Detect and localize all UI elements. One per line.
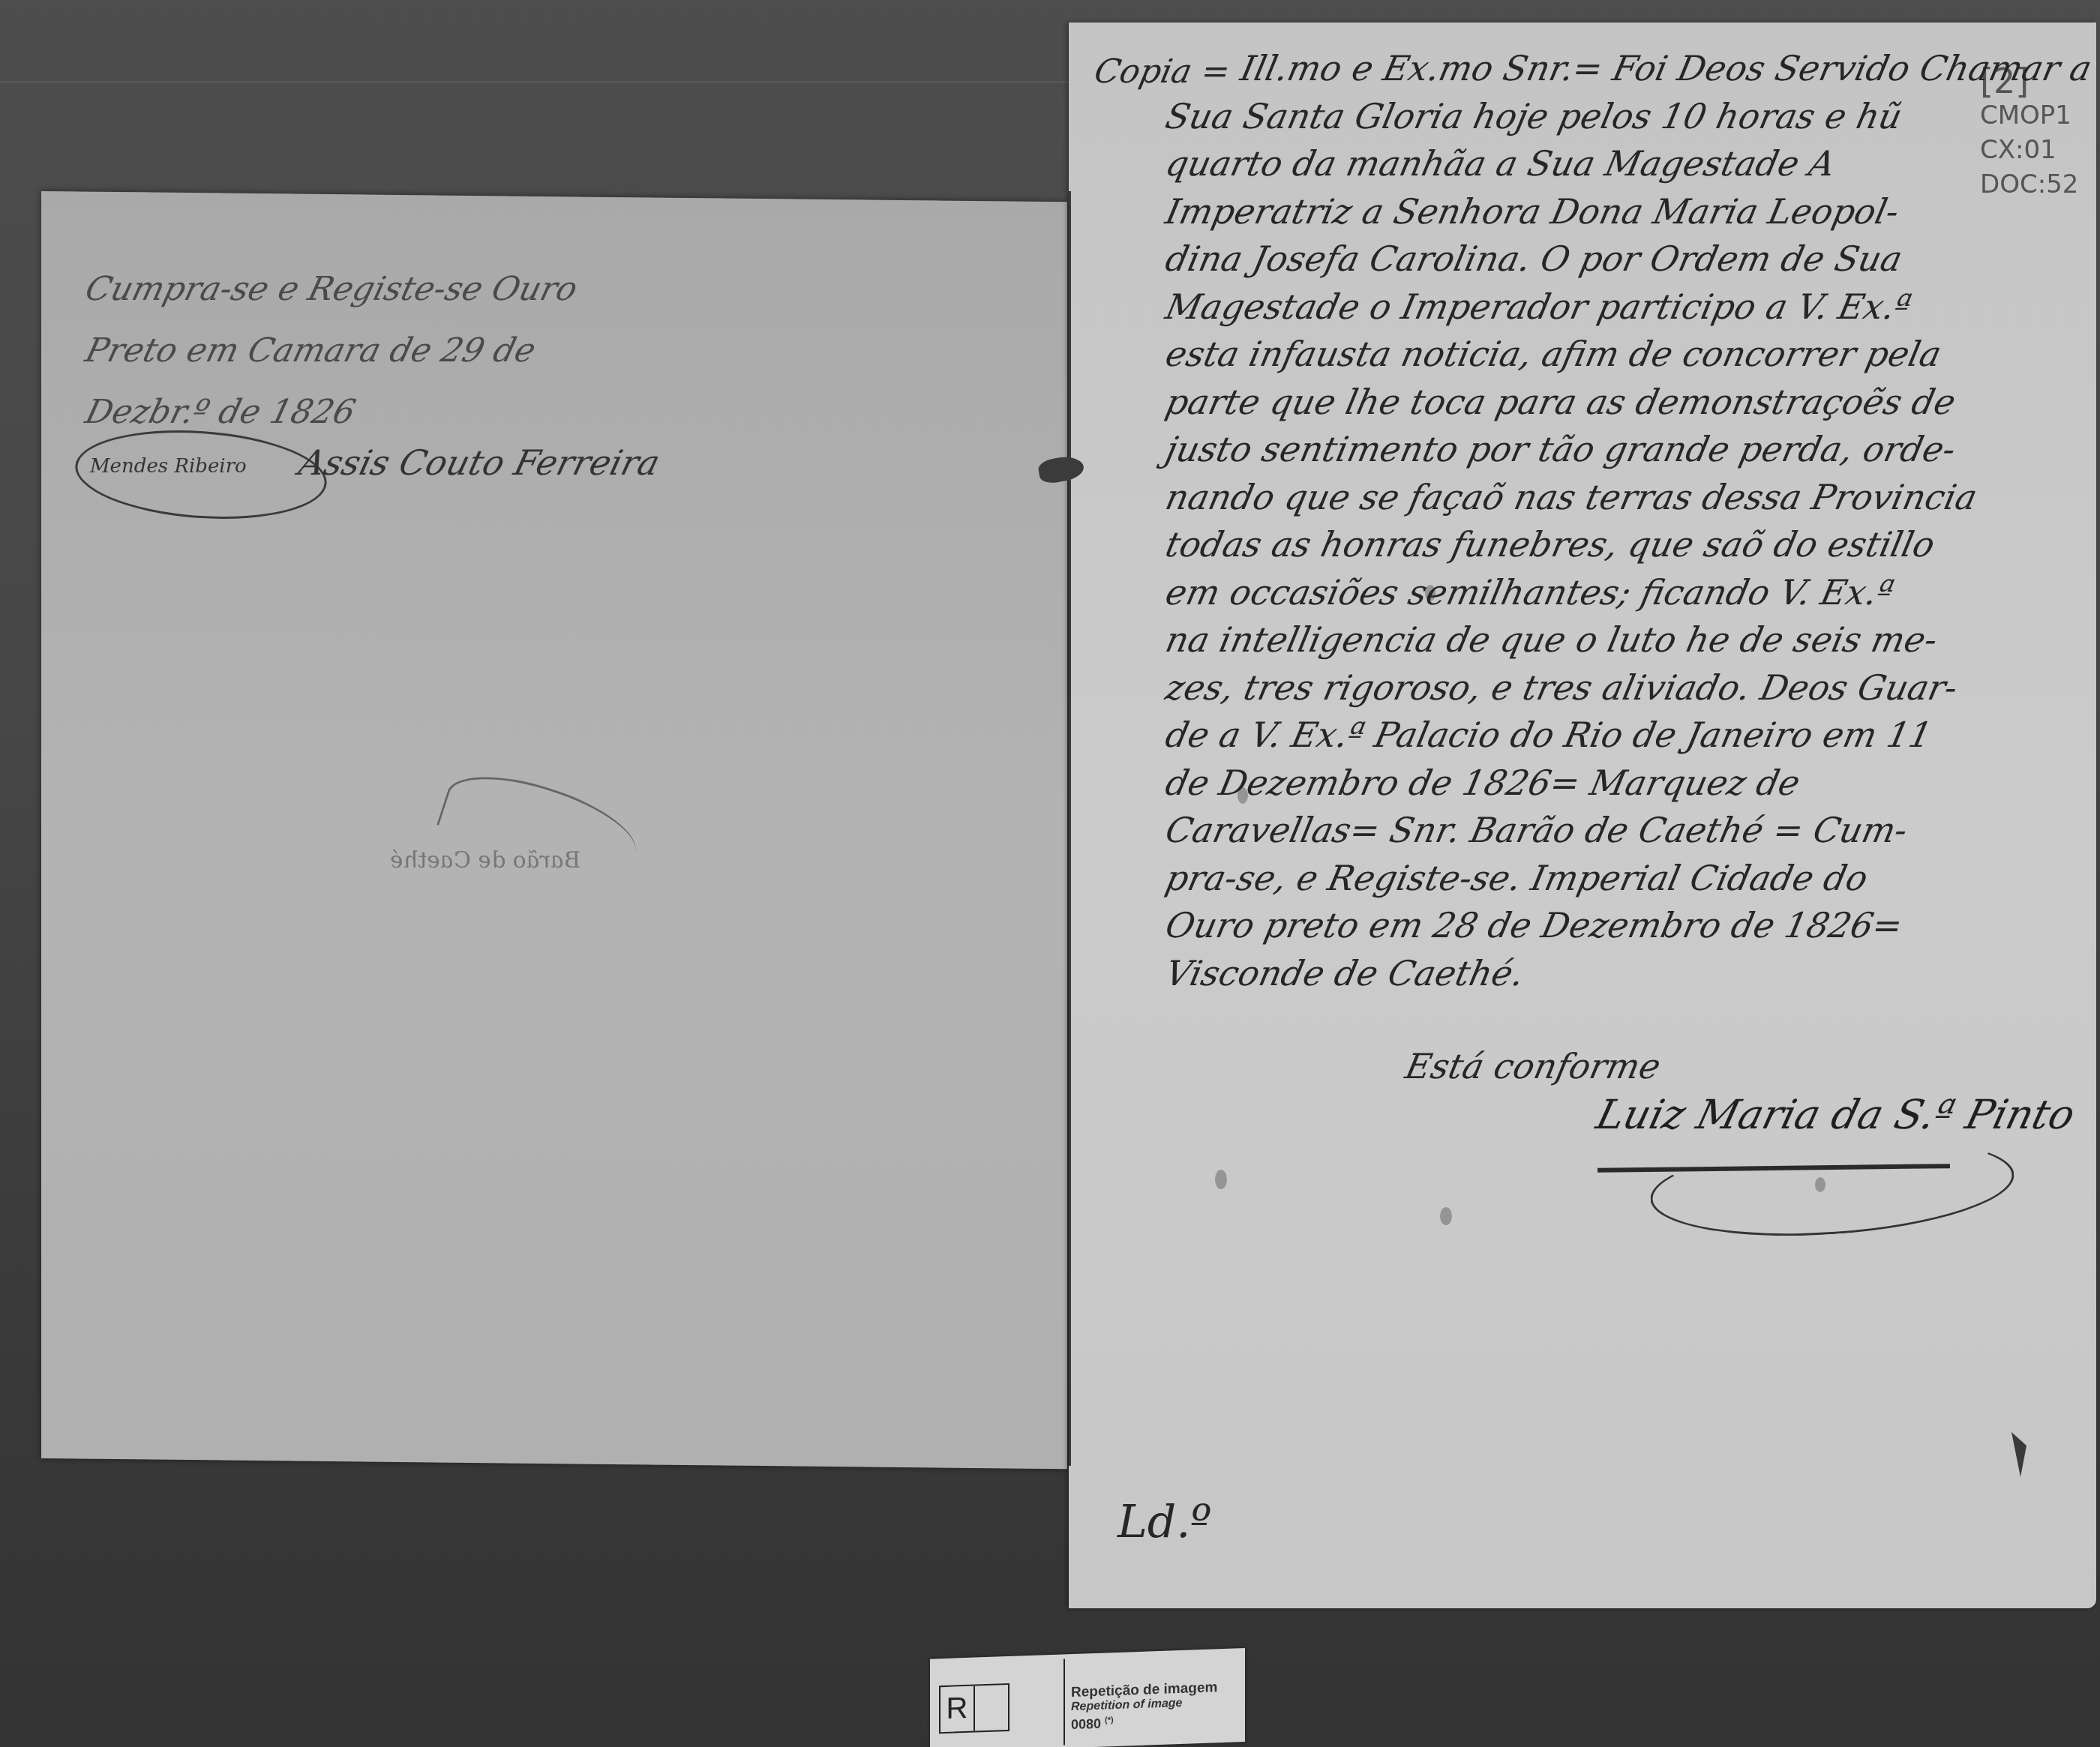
foxing-spot	[1440, 1207, 1452, 1225]
repetition-note-mark: (*)	[1105, 1716, 1114, 1725]
letter-line: Visconde de Caethé.	[1161, 950, 2026, 998]
letter-line: na intelligencia de que o luto he de sei…	[1161, 616, 2026, 664]
foxing-spot	[1215, 1170, 1227, 1189]
letter-line: Magestade o Imperador participo a V. Ex.…	[1161, 283, 2026, 331]
letter-line: dina Josefa Carolina. O por Ordem de Sua	[1161, 235, 2026, 283]
certification-text: Está conforme	[1402, 1046, 1664, 1086]
letter-line: Ill.mo e Ex.mo Snr.= Foi Deos Servido Ch…	[1161, 45, 2026, 93]
letter-line: Ouro preto em 28 de Dezembro de 1826=	[1161, 902, 2026, 950]
letter-line: pra-se, e Registe-se. Imperial Cidade do	[1161, 855, 2026, 903]
letter-line: de Dezembro de 1826= Marquez de	[1161, 760, 2026, 808]
registry-mark: Ld.º	[1117, 1496, 1212, 1548]
letter-line: todas as honras funebres, que saõ do est…	[1161, 521, 2026, 569]
letter-line: justo sentimento por tão grande perda, o…	[1161, 426, 2026, 474]
repetition-text: Repetição de imagem Repetition of image …	[1071, 1680, 1217, 1732]
label-divider	[1063, 1659, 1065, 1745]
repetition-number: 0080	[1071, 1716, 1101, 1732]
letter-line: parte que lhe toca para as demonstraçoẽs…	[1161, 379, 2026, 427]
film-scratch-line	[0, 81, 1125, 83]
oval-signature: Mendes Ribeiro	[90, 455, 247, 478]
letter-line: Caravellas= Snr. Barão de Caethé = Cum-	[1161, 807, 2026, 855]
repetition-letter: R	[940, 1686, 975, 1733]
endorsement-line: Cumpra-se e Registe-se Ouro	[79, 259, 584, 320]
letter-line: quarto da manhãa a Sua Magestade A	[1161, 140, 2026, 188]
council-signatures: Assis Couto Ferreira	[295, 442, 664, 483]
endorsement-line: Preto em Camara de 29 de	[79, 320, 584, 382]
letter-line: de a V. Ex.ª Palacio do Rio de Janeiro e…	[1161, 712, 2026, 760]
repetition-label: R Repetição de imagem Repetition of imag…	[930, 1648, 1245, 1747]
letter-body: Ill.mo e Ex.mo Snr.= Foi Deos Servido Ch…	[1166, 45, 2021, 997]
letter-line: esta infausta noticia, afim de concorrer…	[1161, 331, 2026, 379]
bleed-through-signature: Barão de Caethé	[388, 847, 583, 873]
page-gutter	[1069, 191, 1071, 1466]
repetition-book-icon: R	[939, 1683, 1009, 1734]
letter-line: zes, tres rigoroso, e tres aliviado. Deo…	[1161, 664, 2026, 712]
letter-line: em occasiões semilhantes; ficando V. Ex.…	[1161, 569, 2026, 617]
letter-line: Imperatriz a Senhora Dona Maria Leopol-	[1161, 188, 2026, 236]
letter-line: Sua Santa Gloria hoje pelos 10 horas e h…	[1161, 93, 2026, 141]
certifier-signature: Luiz Maria da S.ª Pinto	[1591, 1091, 2080, 1138]
left-page-endorsement: Cumpra-se e Registe-se Ouro Preto em Cam…	[86, 259, 577, 443]
letter-line: nando que se façaõ nas terras dessa Prov…	[1161, 474, 2026, 522]
